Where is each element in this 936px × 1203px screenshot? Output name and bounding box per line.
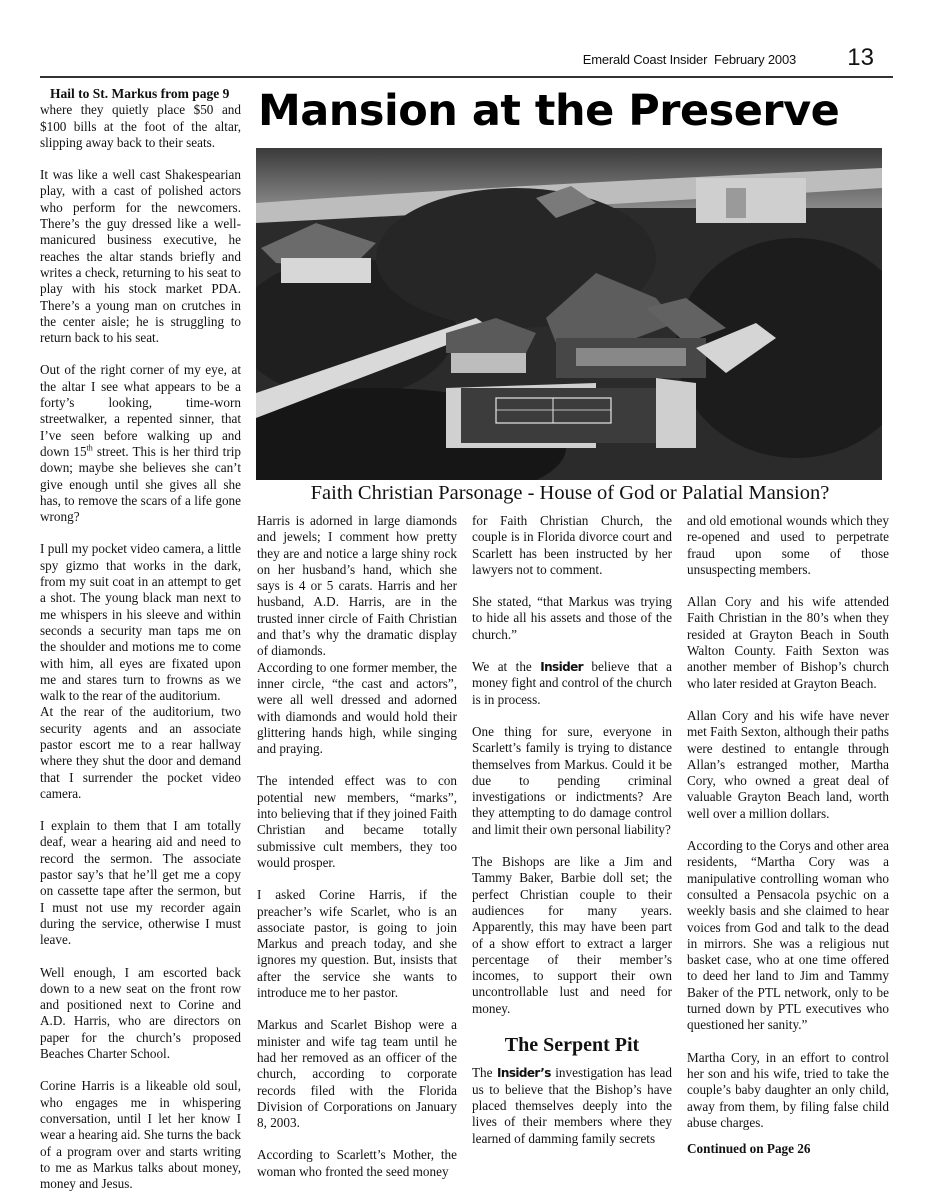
paragraph: At the rear of the auditorium, two secur… bbox=[40, 704, 241, 802]
paragraph: Well enough, I am escorted back down to … bbox=[40, 965, 241, 1063]
paragraph: According to one former member, the inne… bbox=[257, 660, 457, 758]
paragraph: According to Scarlett’s Mother, the woma… bbox=[257, 1147, 457, 1180]
paragraph: Martha Cory, in an effort to control her… bbox=[687, 1050, 889, 1131]
header-rule bbox=[40, 76, 893, 78]
paragraph: I pull my pocket video camera, a little … bbox=[40, 541, 241, 704]
paragraph: Markus and Scarlet Bishop were a ministe… bbox=[257, 1017, 457, 1131]
paragraph: Harris is adorned in large diamonds and … bbox=[257, 513, 457, 660]
jump-label: Hail to St. Markus from page 9 bbox=[40, 86, 241, 102]
mansion-aerial-photo bbox=[256, 148, 882, 480]
paragraph: for Faith Christian Church, the couple i… bbox=[472, 513, 672, 578]
insider-brand-mark: Insider’s bbox=[497, 1066, 551, 1080]
paragraph: The Insider’s investigation has lead us … bbox=[472, 1065, 672, 1146]
paragraph: Corine Harris is a likeable old soul, wh… bbox=[40, 1078, 241, 1192]
paragraph: Out of the right corner of my eye, at th… bbox=[40, 362, 241, 525]
paragraph: Allan Cory and his wife attended Faith C… bbox=[687, 594, 889, 692]
jump-article-column: Hail to St. Markus from page 9 where the… bbox=[40, 86, 241, 1203]
publication-name: Emerald Coast Insider bbox=[583, 52, 707, 67]
continued-link: Continued on Page 26 bbox=[687, 1141, 889, 1157]
paragraph: I explain to them that I am totally deaf… bbox=[40, 818, 241, 948]
paragraph: I asked Corine Harris, if the preacher’s… bbox=[257, 887, 457, 1001]
section-subhead: The Serpent Pit bbox=[472, 1037, 672, 1053]
feature-headline: Mansion at the Preserve bbox=[258, 86, 839, 136]
paragraph: We at the Insider believe that a money f… bbox=[472, 659, 672, 708]
paragraph: Allan Cory and his wife have never met F… bbox=[687, 708, 889, 822]
paragraph: According to the Corys and other area re… bbox=[687, 838, 889, 1034]
masthead: Emerald Coast Insider February 2003 13 bbox=[0, 0, 936, 78]
feature-column-4: and old emotional wounds which they re-o… bbox=[687, 513, 889, 1173]
paragraph: where they quietly place $50 and $100 bi… bbox=[40, 102, 241, 151]
page-number: 13 bbox=[847, 44, 874, 72]
photo-caption: Faith Christian Parsonage - House of God… bbox=[258, 482, 882, 505]
paragraph: The intended effect was to con potential… bbox=[257, 773, 457, 871]
paragraph: She stated, “that Markus was trying to h… bbox=[472, 594, 672, 643]
paragraph: The Bishops are like a Jim and Tammy Bak… bbox=[472, 854, 672, 1017]
paragraph: It was like a well cast Shakespearian pl… bbox=[40, 167, 241, 346]
feature-column-2: Harris is adorned in large diamonds and … bbox=[257, 513, 457, 1196]
issue-date: February 2003 bbox=[714, 52, 796, 67]
feature-column-3: for Faith Christian Church, the couple i… bbox=[472, 513, 672, 1163]
publication-issue: Emerald Coast Insider February 2003 bbox=[583, 52, 796, 67]
insider-brand-mark: Insider bbox=[540, 660, 583, 674]
paragraph: One thing for sure, everyone in Scarlett… bbox=[472, 724, 672, 838]
paragraph: and old emotional wounds which they re-o… bbox=[687, 513, 889, 578]
